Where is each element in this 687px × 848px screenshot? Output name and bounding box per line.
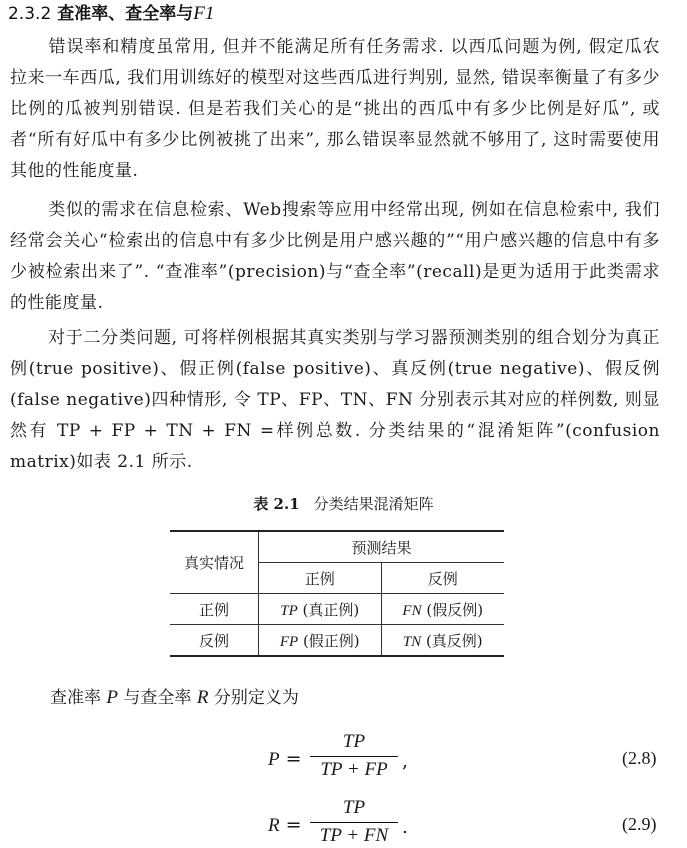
section-title-math: F1 [193, 3, 214, 24]
textbook-page: 2.3.2查准率、查全率与F1 错误率和精度虽常用, 但并不能满足所有任务需求.… [0, 0, 687, 848]
var-r: R [197, 687, 209, 708]
intro-text: 查准率 [50, 688, 101, 708]
cell-text: (假反例) [426, 601, 483, 619]
cell-math: FN [402, 603, 421, 619]
cell-text: (假正例) [303, 632, 360, 650]
equation-punctuation: , [402, 750, 408, 772]
row-label-positive: 正例 [170, 594, 259, 625]
var-p: P [106, 687, 118, 708]
equation-number: (2.9) [622, 814, 657, 835]
denominator: TP + FN [310, 823, 398, 848]
equation-punctuation: . [402, 816, 408, 838]
section-number: 2.3.2 [8, 4, 51, 24]
equation-recall: R = TP TP + FN . (2.9) [0, 796, 687, 848]
paragraph-1: 错误率和精度虽常用, 但并不能满足所有任务需求. 以西瓜问题为例, 假定瓜农拉来… [10, 32, 660, 187]
column-header-negative: 反例 [381, 563, 504, 594]
cell-math: TN [403, 634, 421, 650]
fraction: TP TP + FP [310, 730, 398, 783]
fraction: TP TP + FN [310, 796, 398, 848]
column-header-positive: 正例 [259, 563, 382, 594]
cell-fn: FN (假反例) [381, 594, 504, 625]
cell-math: FP [280, 634, 298, 650]
table-caption-label: 表 2.1 [253, 495, 299, 513]
table-caption-text: 分类结果混淆矩阵 [314, 495, 434, 513]
cell-math: TP [280, 603, 298, 619]
row-label-negative: 反例 [170, 625, 259, 657]
denominator: TP + FP [310, 757, 398, 783]
cell-tn: TN (真反例) [381, 625, 504, 657]
intro-text: 分别定义为 [214, 688, 299, 708]
cell-text: (真反例) [426, 632, 483, 650]
paragraph-3: 对于二分类问题, 可将样例根据其真实类别与学习器预测类别的组合划分为真正例(tr… [10, 323, 660, 478]
numerator: TP [310, 730, 398, 757]
paragraph-2: 类似的需求在信息检索、Web搜索等应用中经常出现, 例如在信息检索中, 我们经常… [10, 195, 660, 319]
equation-lhs: R = [268, 814, 302, 837]
confusion-matrix-table: 真实情况 预测结果 正例 反例 正例 TP (真正例) FN (假反例) 反例 … [170, 530, 504, 657]
equation-lhs: P = [268, 748, 302, 771]
row-header-true-condition: 真实情况 [170, 531, 259, 594]
numerator: TP [310, 796, 398, 823]
section-heading: 2.3.2查准率、查全率与F1 [8, 2, 214, 26]
paragraph-line: 错误率和精度虽常用, 但并不能满足所有任务需求. 以西瓜问题为例, 假定 [48, 37, 625, 57]
cell-tp: TP (真正例) [259, 594, 382, 625]
column-group-header-prediction: 预测结果 [259, 531, 505, 563]
paragraph-line: 类似的需求在信息检索、Web搜索等应用中经常出现, 例如在信息检索 [48, 200, 595, 220]
intro-text: 与查全率 [123, 688, 191, 708]
equation-precision: P = TP TP + FP , (2.8) [0, 730, 687, 790]
table-caption: 表 2.1分类结果混淆矩阵 [0, 493, 687, 515]
equation-number: (2.8) [622, 748, 657, 769]
cell-fp: FP (假正例) [259, 625, 382, 657]
cell-text: (真正例) [303, 601, 360, 619]
paragraph-line: 对于二分类问题, 可将样例根据其真实类别与学习器预测类别的组合划 [48, 328, 590, 348]
definition-intro: 查准率 P 与查全率 R 分别定义为 [50, 684, 299, 712]
section-title: 查准率、查全率与 [57, 4, 193, 24]
